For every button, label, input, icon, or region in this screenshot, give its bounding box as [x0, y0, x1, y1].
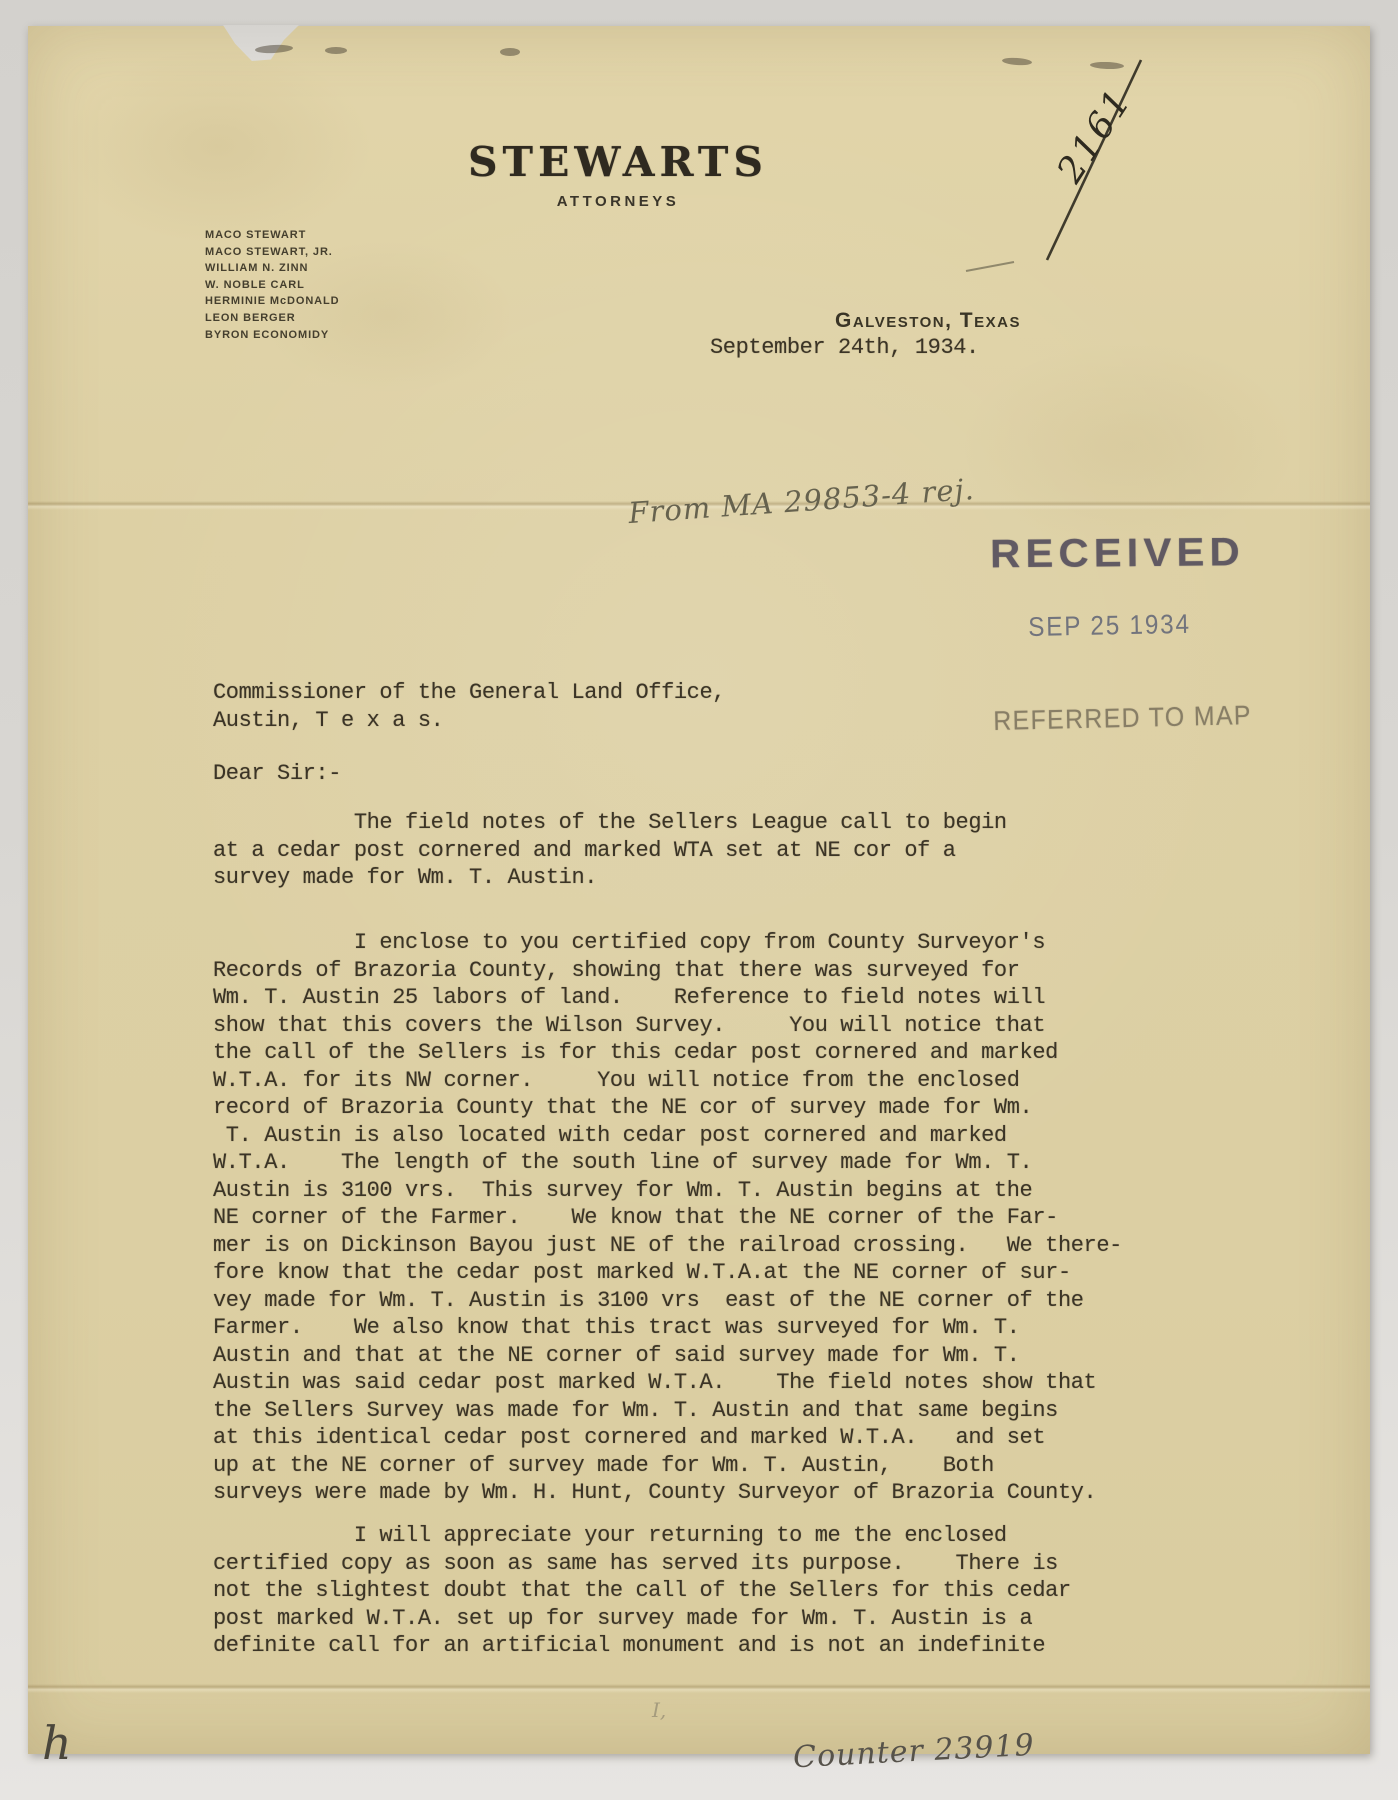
tape-residue-mark [1002, 57, 1032, 66]
tape-residue-mark [325, 47, 347, 54]
handwritten-file-number: 2161 [1045, 74, 1145, 197]
tape-residue-mark [500, 48, 520, 56]
pencil-reference-note: From MA 29853-4 rej. [627, 472, 976, 530]
counter-number-note: Counter 23919 [792, 1728, 1035, 1776]
bottom-left-pencil-mark: h [42, 1716, 72, 1770]
body-paragraph-1: The field notes of the Sellers League ca… [213, 809, 1007, 892]
recipient-line-1: Commissioner of the General Land Office, [213, 679, 725, 707]
fold-crease-bottom [28, 1684, 1370, 1693]
received-stamp: RECEIVED [990, 529, 1245, 577]
torn-notch [223, 25, 299, 61]
body-paragraph-2: I enclose to you certified copy from Cou… [213, 929, 1122, 1507]
body-paragraph-3: I will appreciate your returning to me t… [213, 1522, 1071, 1660]
received-date-stamp: SEP 25 1934 [1028, 609, 1191, 643]
scan-backdrop: STEWARTS ATTORNEYS MACO STEWART MACO STE… [0, 0, 1398, 1800]
letterhead-city: Galveston, Texas [798, 309, 1058, 333]
letterhead-subtitle: ATTORNEYS [428, 193, 808, 210]
date-line: September 24th, 1934. [710, 334, 979, 362]
salutation: Dear Sir:- [213, 760, 341, 788]
recipient-line-2: Austin, T e x a s. [213, 707, 443, 735]
letterhead-firm-name: STEWARTS [428, 138, 808, 186]
faint-pencil-mark: I, [652, 1698, 666, 1722]
attorney-list: MACO STEWART MACO STEWART, JR. WILLIAM N… [205, 227, 339, 343]
tape-residue-mark [1090, 61, 1124, 69]
letter-paper: STEWARTS ATTORNEYS MACO STEWART MACO STE… [28, 26, 1370, 1754]
referred-to-map-stamp: REFERRED TO MAP [993, 700, 1252, 737]
